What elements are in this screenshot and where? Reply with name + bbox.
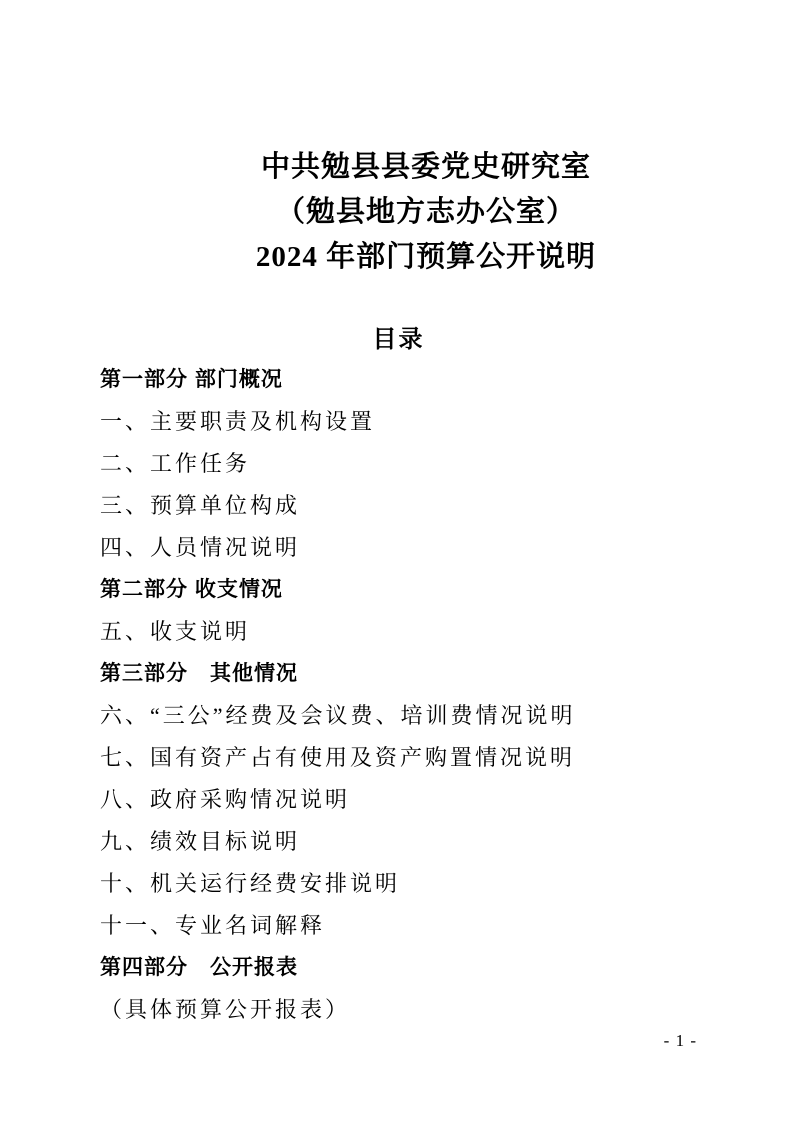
toc-entry-item-10: 十、机关运行经费安排说明: [100, 863, 697, 905]
toc-entry-part-3: 第三部分 其他情况: [100, 653, 697, 695]
document-page: 中共勉县县委党史研究室 （勉县地方志办公室） 2024 年部门预算公开说明 目录…: [0, 0, 793, 1122]
toc-entry-part-1: 第一部分 部门概况: [100, 359, 697, 401]
page-number: - 1 -: [664, 1031, 697, 1051]
toc-entry-item-1: 一、主要职责及机构设置: [100, 401, 697, 443]
toc-entry-item-4: 四、人员情况说明: [100, 527, 697, 569]
toc-entry-item-9: 九、绩效目标说明: [100, 821, 697, 863]
toc-entry-item-11: 十一、专业名词解释: [100, 905, 697, 947]
toc-entry-item-5: 五、收支说明: [100, 611, 697, 653]
document-title: 中共勉县县委党史研究室 （勉县地方志办公室） 2024 年部门预算公开说明: [100, 145, 697, 280]
toc-entry-item-6: 六、“三公”经费及会议费、培训费情况说明: [100, 695, 697, 737]
toc-heading: 目录: [100, 325, 697, 355]
toc-entry-item-8: 八、政府采购情况说明: [100, 779, 697, 821]
toc-entry-part-4: 第四部分 公开报表: [100, 947, 697, 989]
toc-entry-part-2: 第二部分 收支情况: [100, 569, 697, 611]
document-title-line-1: 中共勉县县委党史研究室: [155, 145, 697, 190]
toc-list: 第一部分 部门概况 一、主要职责及机构设置 二、工作任务 三、预算单位构成 四、…: [100, 359, 697, 1031]
toc-entry-item-12: （具体预算公开报表）: [100, 989, 697, 1031]
toc-entry-item-3: 三、预算单位构成: [100, 485, 697, 527]
document-title-line-2: （勉县地方志办公室）: [155, 190, 697, 235]
toc-entry-item-2: 二、工作任务: [100, 443, 697, 485]
document-title-line-3: 2024 年部门预算公开说明: [155, 235, 697, 280]
toc-entry-item-7: 七、国有资产占有使用及资产购置情况说明: [100, 737, 697, 779]
